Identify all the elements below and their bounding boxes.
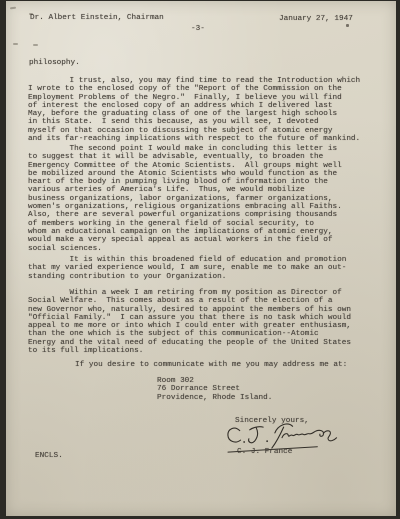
contact-line: If you desire to communicate with me you… — [75, 361, 347, 369]
paragraph-4: Within a week I am retiring from my posi… — [28, 289, 351, 355]
paragraph-3: It is within this broadened field of edu… — [28, 256, 346, 281]
pencil-mark — [13, 43, 18, 45]
paragraph-1: I trust, also, you may find time to read… — [28, 77, 360, 143]
header-recipient: Dr. Albert Einstein, Chairman — [30, 14, 164, 22]
enclosure-note: ENCLS. — [35, 452, 63, 460]
page-number: -3- — [191, 25, 205, 33]
pencil-mark — [10, 7, 16, 10]
pencil-mark — [33, 44, 38, 46]
scan-fleck — [346, 24, 349, 27]
carryover-line: philosophy. — [29, 59, 80, 67]
header-date: January 27, 1947 — [279, 15, 353, 23]
signature-typed-name: C. J. France — [237, 448, 292, 456]
address-block: Room 302 76 Dorrance Street Providence, … — [157, 377, 272, 402]
paragraph-2: The second point I would make in conclud… — [28, 145, 342, 253]
